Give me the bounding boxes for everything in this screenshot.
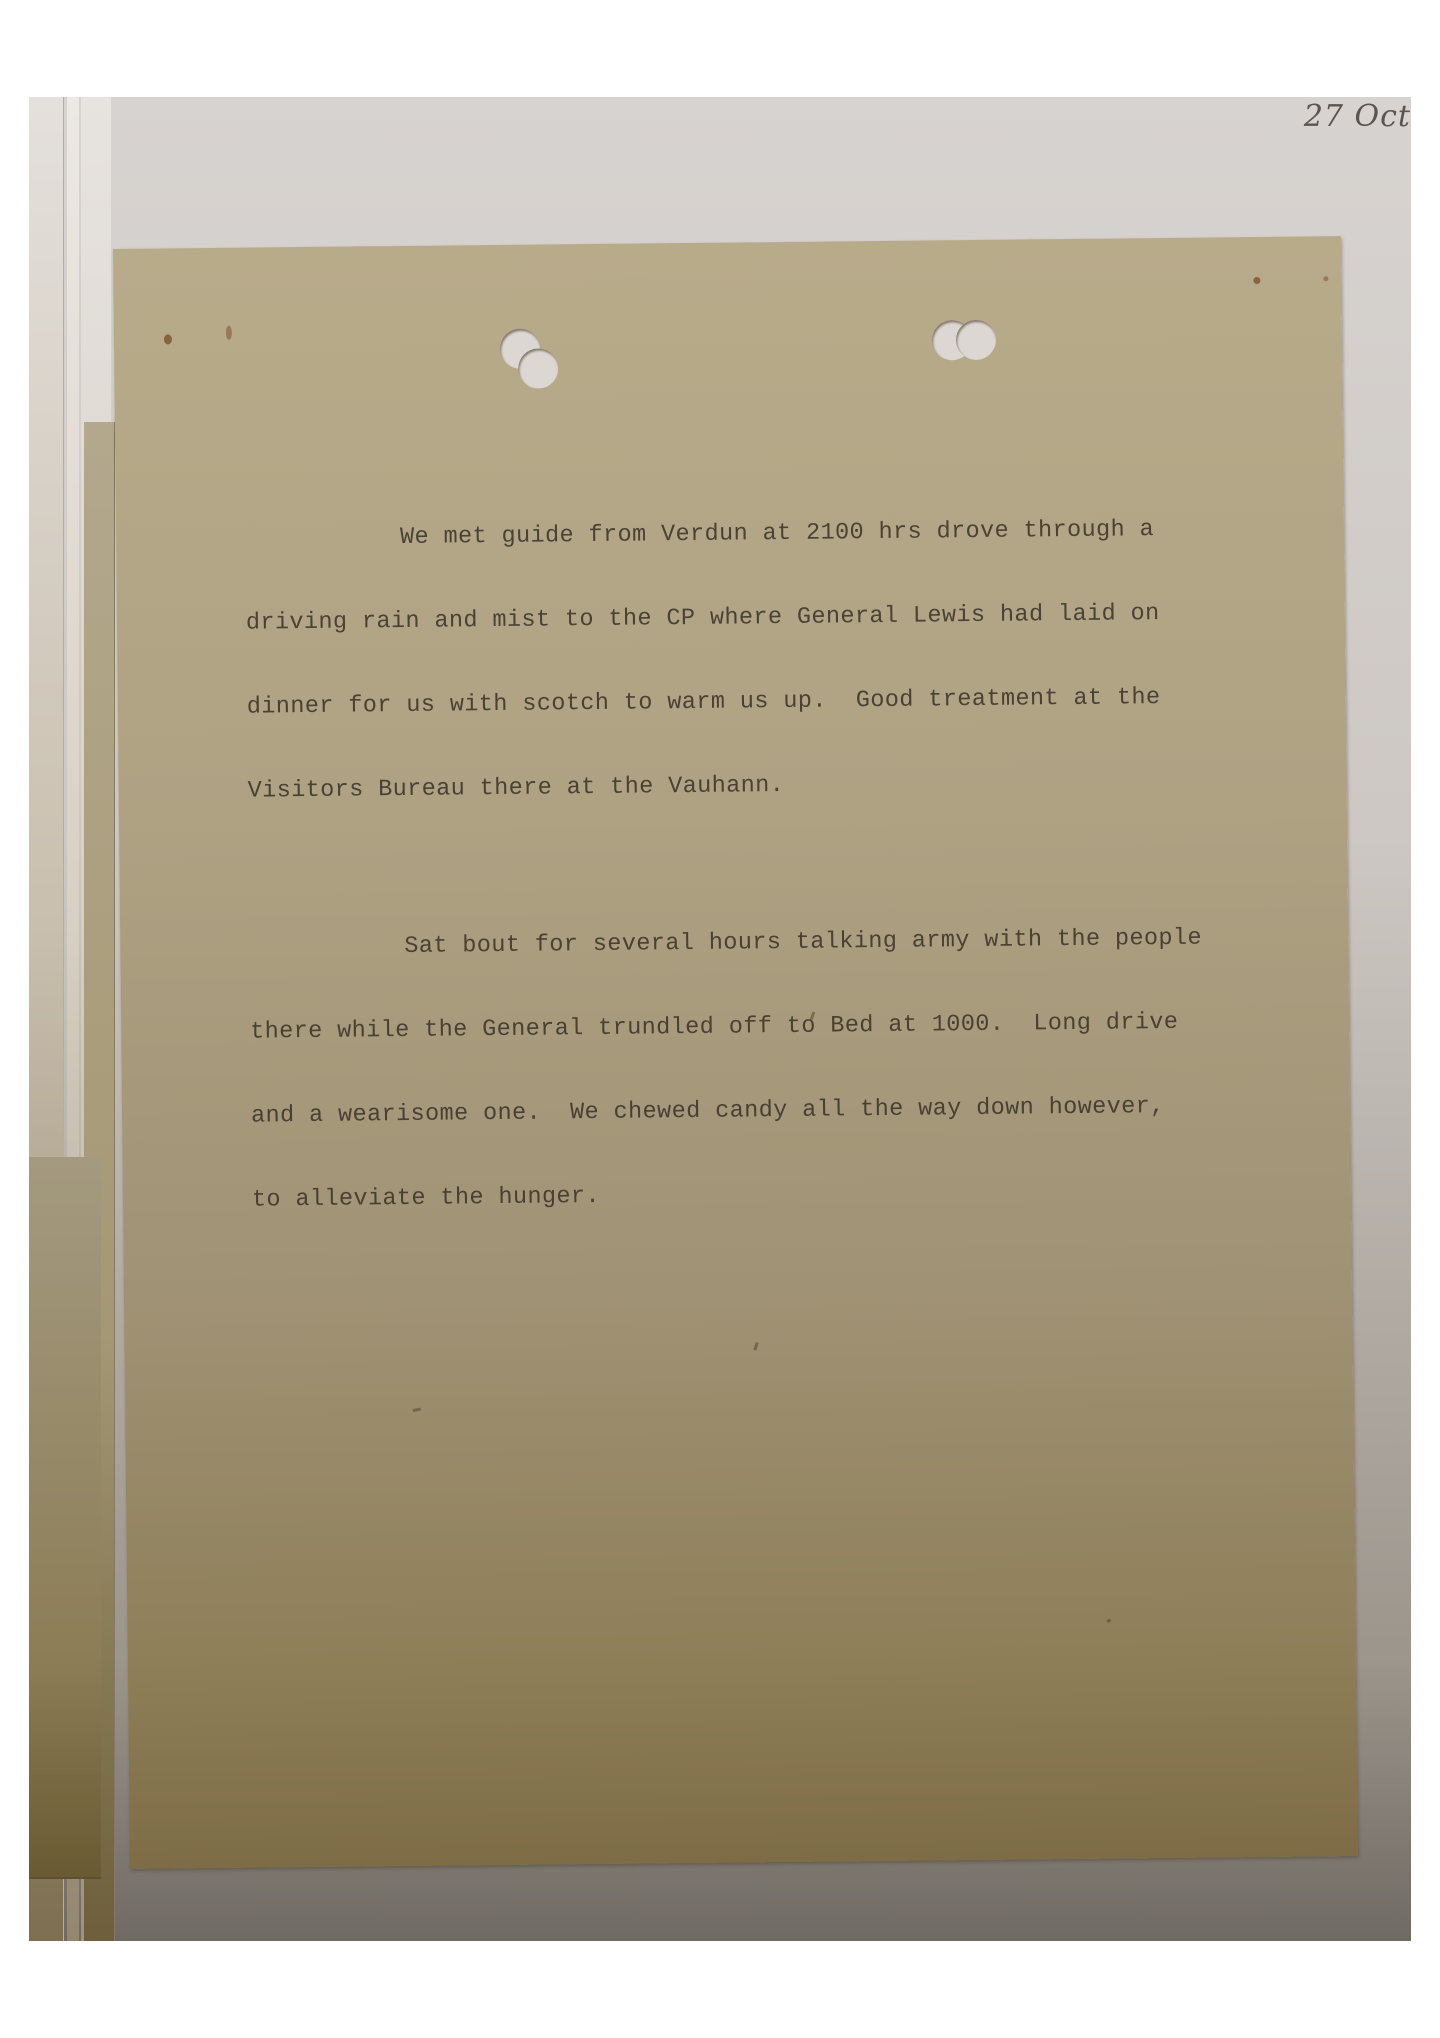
text-line: driving rain and mist to the CP where Ge… (246, 598, 1326, 637)
stain-mark (1323, 276, 1328, 281)
typewritten-text: We met guide from Verdun at 2100 hrs dro… (244, 458, 1333, 1287)
stain-mark (226, 326, 232, 340)
paper-speck (412, 1408, 420, 1412)
stain-mark (1253, 277, 1260, 284)
underlying-page-edge (29, 1157, 101, 1879)
text-line: Sat bout for several hours talking army … (249, 923, 1329, 962)
document-photo: 27 Oct We met guide from Verdun at 2100 … (29, 97, 1411, 1941)
paragraph-1: We met guide from Verdun at 2100 hrs dro… (244, 458, 1328, 861)
text-line: We met guide from Verdun at 2100 hrs dro… (245, 514, 1325, 553)
typewritten-sheet: We met guide from Verdun at 2100 hrs dro… (113, 236, 1358, 1869)
punch-hole (518, 348, 558, 388)
paper-speck (1106, 1618, 1111, 1623)
text-line: dinner for us with scotch to warm us up.… (247, 682, 1327, 721)
text-line: there while the General trundled off to … (250, 1007, 1330, 1046)
stain-mark (164, 334, 172, 344)
handwritten-date-annotation: 27 Oct (1304, 99, 1411, 134)
text-line: Visitors Bureau there at the Vauhann. (248, 766, 1328, 805)
text-line: to alleviate the hunger. (252, 1175, 1332, 1214)
paper-speck (753, 1342, 758, 1351)
text-line: and a wearisome one. We chewed candy all… (251, 1091, 1331, 1130)
paragraph-2: Sat bout for several hours talking army … (249, 867, 1333, 1270)
punch-hole (956, 320, 996, 360)
